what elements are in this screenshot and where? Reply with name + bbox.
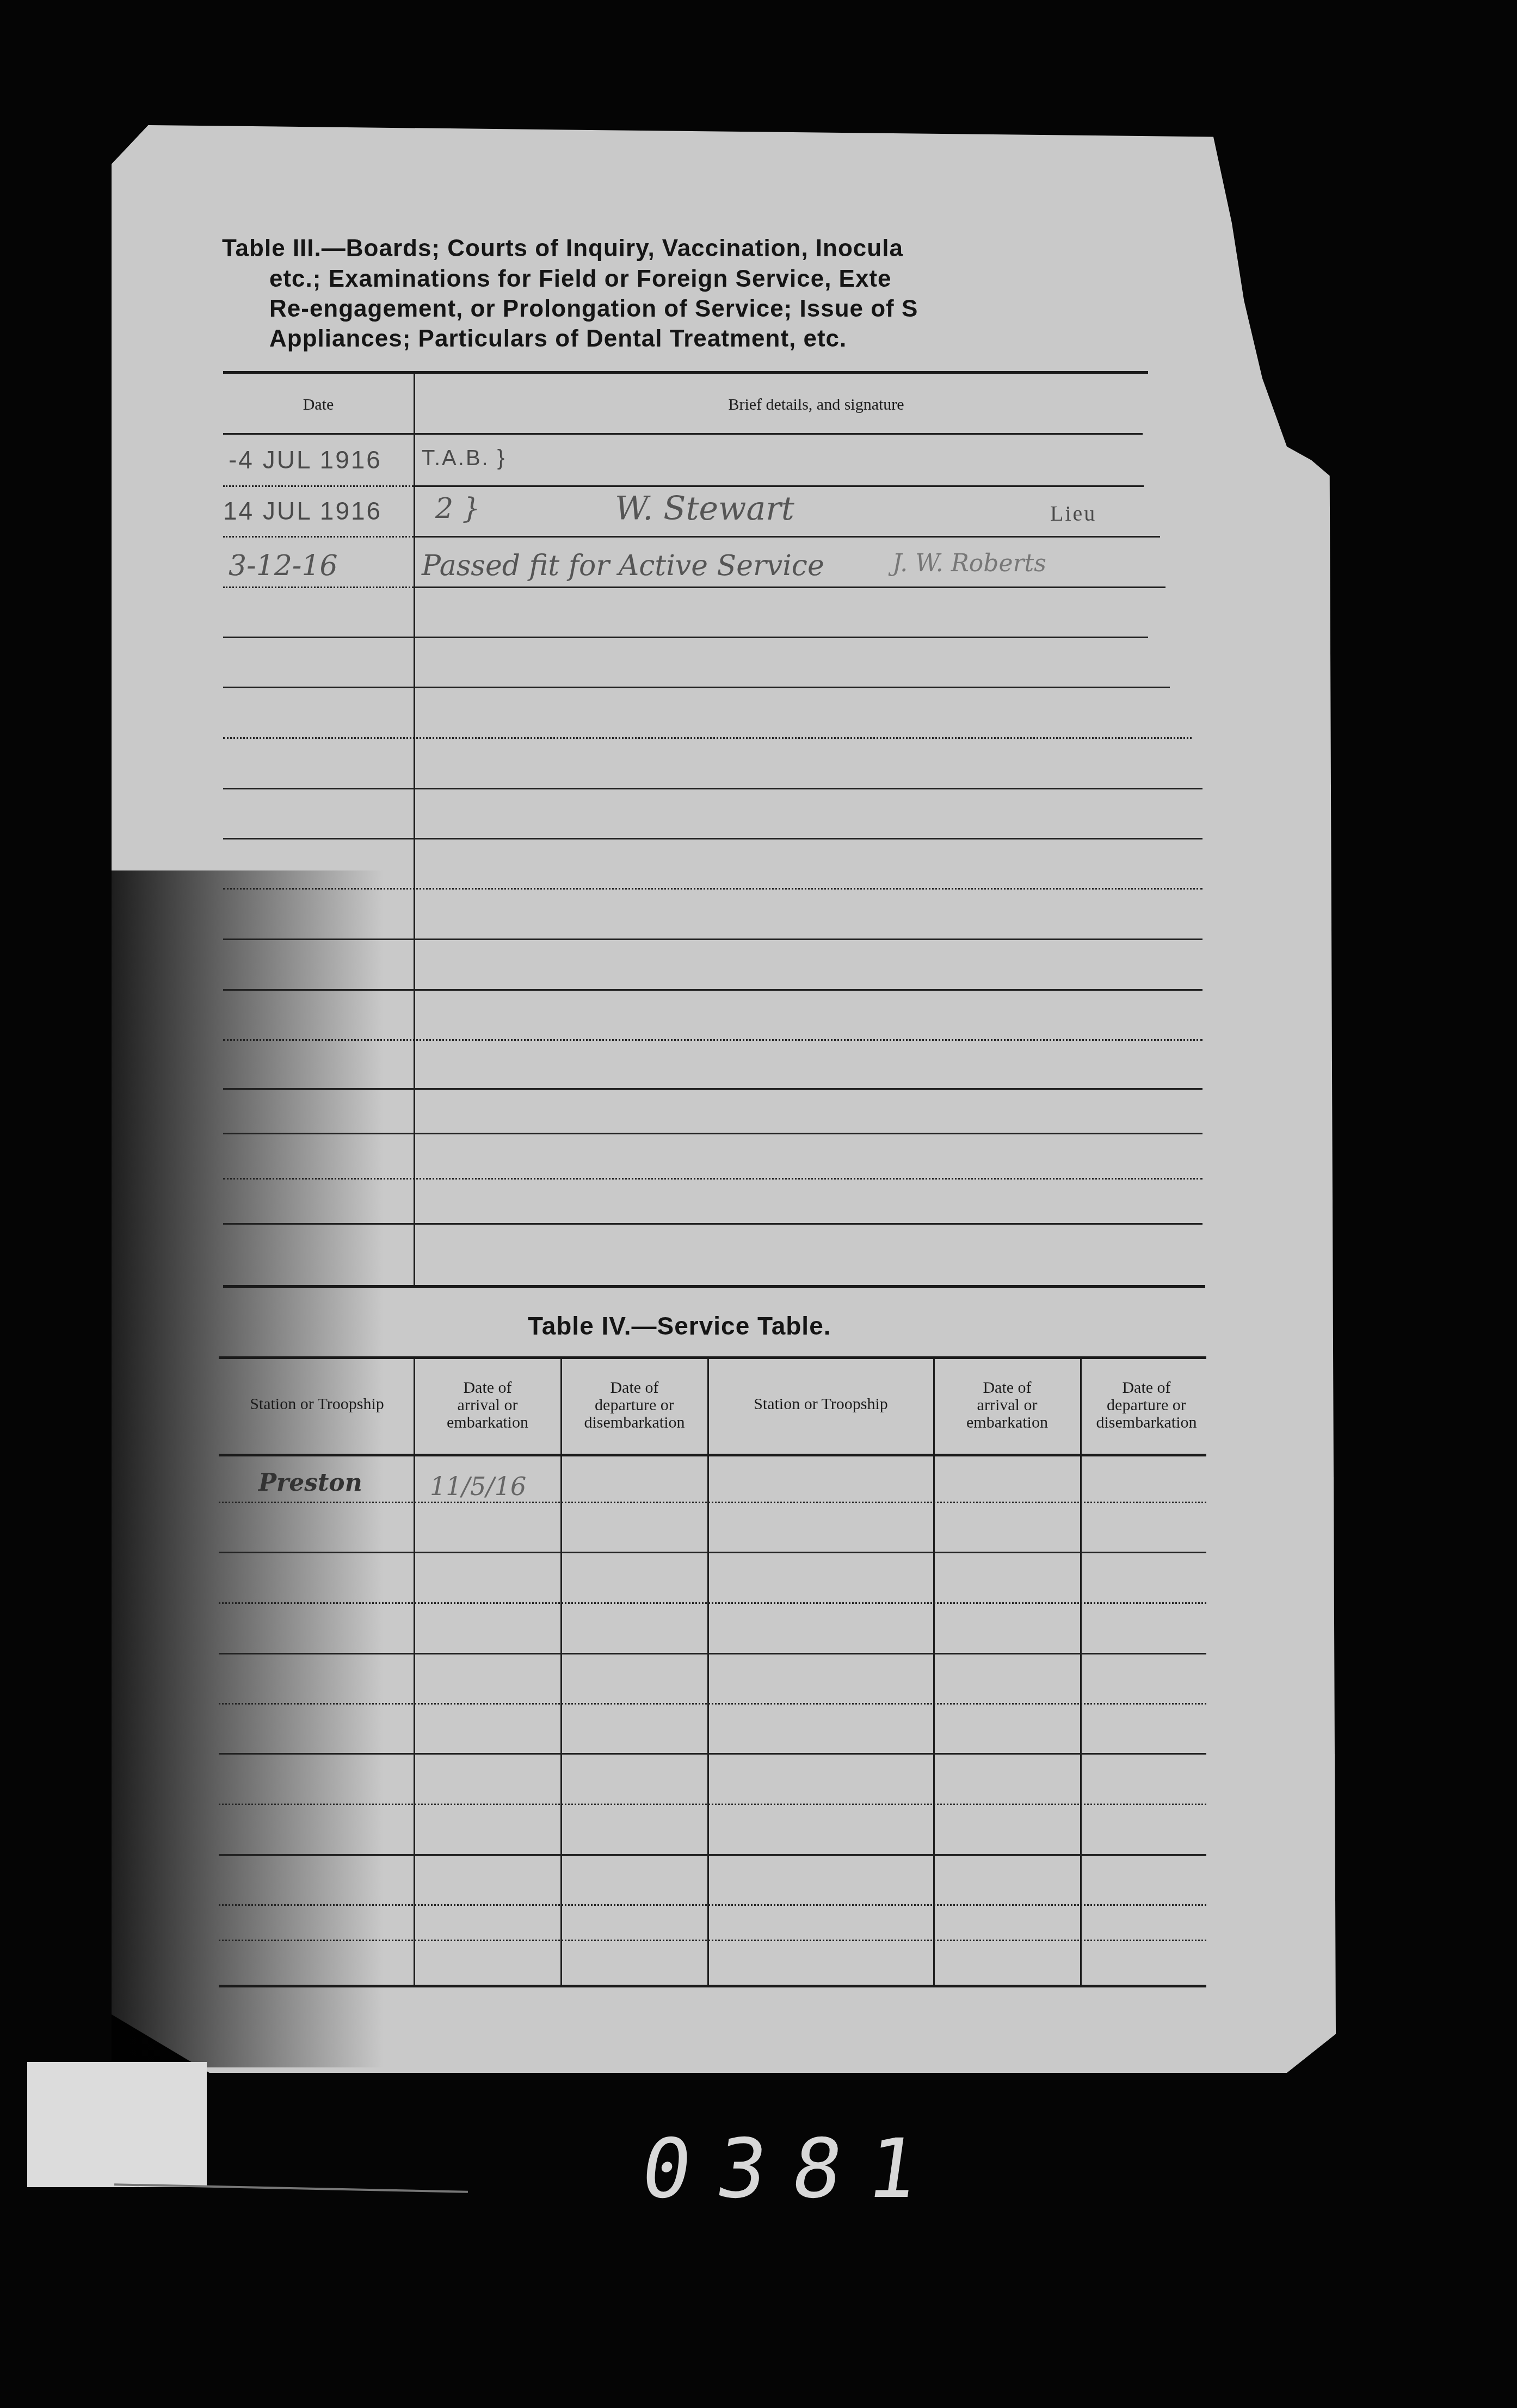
row-divider (223, 788, 1202, 789)
table4-header-departure1: Date ofdeparture ordisembarkation (562, 1379, 707, 1431)
row-divider (223, 637, 1148, 638)
table3-title-line3: Re-engagement, or Prolongation of Servic… (269, 295, 918, 323)
row-divider (415, 586, 1165, 588)
row-divider (219, 1854, 1206, 1856)
row-divider (223, 1178, 1202, 1180)
film-streak (114, 2183, 468, 2193)
table3-title-line4: Appliances; Particulars of Dental Treatm… (269, 325, 847, 353)
table4-header-station1: Station or Troopship (220, 1396, 414, 1413)
row-divider (223, 1039, 1202, 1041)
column-divider (707, 1359, 709, 1985)
table3-row1-details: T.A.B. } (422, 446, 506, 471)
table4-row1-arrival: 11/5/16 (430, 1472, 526, 1501)
table3-row2-date: 14 JUL 1916 (223, 496, 382, 526)
row-divider (415, 536, 1160, 538)
row-divider (219, 1653, 1206, 1654)
table3-bottom-rule (223, 1285, 1205, 1288)
table4-title: Table IV.—Service Table. (528, 1311, 831, 1341)
table4-header-station2: Station or Troopship (708, 1396, 933, 1413)
table3-top-rule (223, 371, 1148, 374)
row-divider (219, 1602, 1206, 1604)
row-divider (223, 586, 414, 588)
row-divider (219, 1804, 1206, 1805)
table4-header-rule (219, 1454, 1206, 1456)
table4-bottom-rule (219, 1985, 1206, 1987)
table4-top-rule (219, 1356, 1206, 1359)
row-divider (223, 1088, 1202, 1090)
row-divider (223, 838, 1202, 839)
column-divider (414, 1359, 415, 1985)
row-divider (223, 938, 1202, 940)
row-divider (223, 1223, 1202, 1225)
table3-row3-details: Passed fit for Active Service (422, 549, 824, 582)
column-divider (933, 1359, 935, 1985)
row-divider (223, 888, 1202, 890)
row-divider (223, 737, 1192, 739)
row-divider (415, 485, 1144, 487)
row-divider (219, 1940, 1206, 1941)
column-divider (1080, 1359, 1082, 1985)
frame-counter: 0381 (636, 2122, 950, 2216)
row-divider (219, 1904, 1206, 1906)
row-divider (223, 536, 414, 538)
table3-row1-date: -4 JUL 1916 (229, 445, 382, 474)
table3-row2-rank: Lieu (1050, 501, 1096, 526)
row-divider (223, 485, 414, 487)
row-divider (219, 1753, 1206, 1755)
table3-column-divider (414, 373, 415, 1287)
calibration-card (27, 2062, 207, 2187)
table3-row2-signature: W. Stewart (615, 490, 794, 528)
table3-header-date: Date (229, 396, 408, 413)
row-divider (223, 687, 1170, 688)
column-divider (560, 1359, 562, 1985)
row-divider (223, 1133, 1202, 1134)
row-divider (219, 1552, 1206, 1553)
table3-title-line2: etc.; Examinations for Field or Foreign … (269, 266, 892, 293)
row-divider (219, 1703, 1206, 1705)
table3-row2-details: 2 } (435, 492, 480, 525)
row-divider (219, 1502, 1206, 1503)
table4-header-arrival1: Date ofarrival orembarkation (415, 1379, 560, 1431)
table3-header-rule (223, 433, 1143, 435)
table4-header-departure2: Date ofdeparture ordisembarkation (1081, 1379, 1212, 1431)
table3-row3-signature: J. W. Roberts (892, 549, 1046, 577)
table3-title-line1: Table III.—Boards; Courts of Inquiry, Va… (222, 235, 903, 262)
row-divider (223, 989, 1202, 991)
table4-header-arrival2: Date ofarrival orembarkation (934, 1379, 1080, 1431)
table4-row1-station: Preston (258, 1469, 362, 1497)
table3-row3-date: 3-12-16 (229, 549, 338, 582)
table3-header-details: Brief details, and signature (419, 396, 1213, 413)
